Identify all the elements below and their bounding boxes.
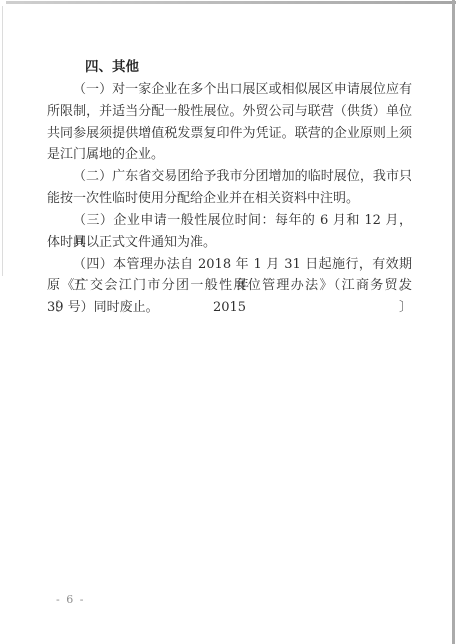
doc-line: （三）企业申请一般性展位时间：每年的 6 月和 12 月，具	[47, 210, 412, 232]
doc-line: 共同参展须提供增值税发票复印件为凭证。联营的企业原则上须	[47, 123, 412, 145]
doc-line: 体时间以正式文件通知为准。	[47, 232, 412, 254]
doc-line: 所限制，并适当分配一般性展位。外贸公司与联营（供货）单位	[47, 101, 412, 123]
doc-line: （四）本管理办法自 2018 年 1 月 31 日起施行，有效期五年。	[47, 254, 412, 276]
scanned-document-page: 四、其他 （一）对一家企业在多个出口展区或相似展区申请展位应有 所限制，并适当分…	[0, 0, 456, 644]
doc-line: （二）广东省交易团给予我市分团增加的临时展位，我市只	[47, 166, 412, 188]
section-heading: 四、其他	[47, 57, 412, 79]
doc-line: （一）对一家企业在多个出口展区或相似展区申请展位应有	[47, 79, 412, 101]
scan-left-edge-artifact	[2, 6, 3, 276]
page-number: - 6 -	[56, 593, 85, 606]
doc-line: 能按一次性临时使用分配给企业并在相关资料中注明。	[47, 188, 412, 210]
scan-top-edge-artifact	[6, 1, 456, 4]
doc-line: 原《广交会江门市分团一般性展位管理办法》（江商务贸发〔2015〕	[47, 275, 412, 297]
doc-line: 是江门属地的企业。	[47, 144, 412, 166]
scan-right-edge-artifact	[452, 0, 455, 644]
document-body: 四、其他 （一）对一家企业在多个出口展区或相似展区申请展位应有 所限制，并适当分…	[47, 57, 412, 319]
